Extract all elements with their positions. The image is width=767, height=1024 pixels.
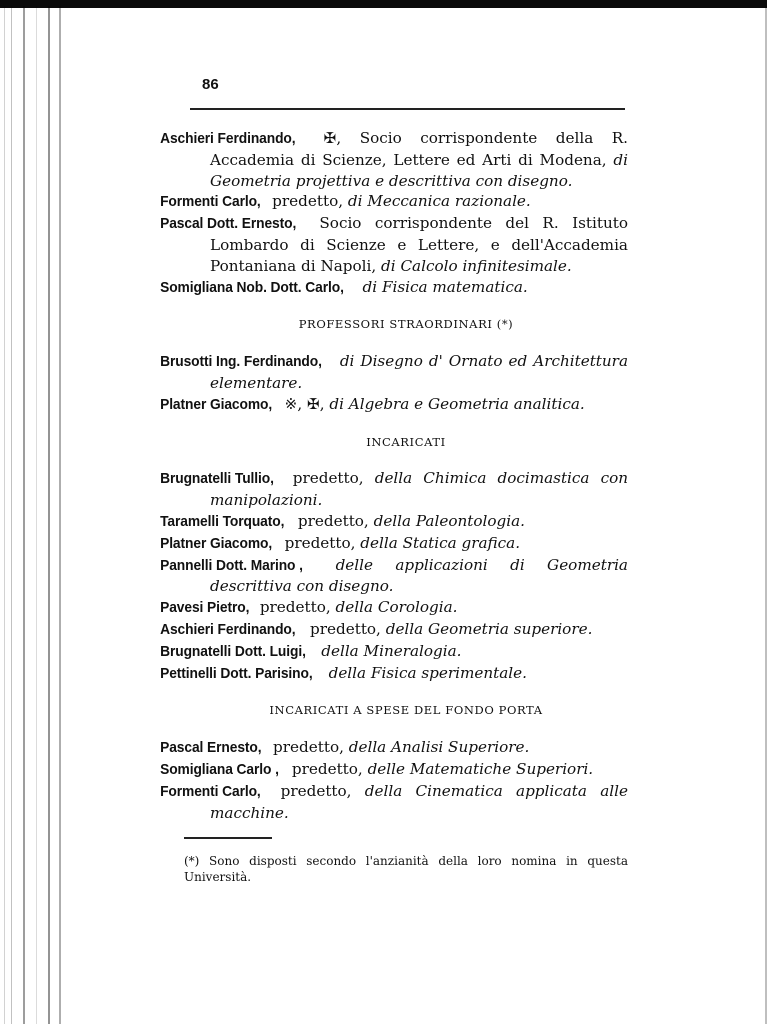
entry-subject: di Meccanica razionale. bbox=[348, 192, 531, 210]
person-name: Platner Giacomo, bbox=[184, 534, 272, 555]
entry-subject: della Geometria superiore. bbox=[386, 620, 593, 638]
footnote-rule bbox=[184, 837, 272, 839]
group-fondo-porta: INCARICATI A SPESE DEL FONDO PORTA Pasca… bbox=[184, 700, 628, 823]
group-incaricati: INCARICATI Brugnatelli Tullio, predetto,… bbox=[184, 432, 628, 685]
entry-text: predetto, bbox=[267, 192, 348, 210]
person-name: Brusotti Ing. Ferdinando, bbox=[184, 352, 322, 373]
entry: Somigliana Nob. Dott. Carlo, di Fisica m… bbox=[184, 277, 628, 299]
person-name: Pavesi Pietro, bbox=[184, 598, 249, 619]
person-name: Brugnatelli Tullio, bbox=[184, 469, 274, 490]
entry: Formenti Carlo, predetto, di Meccanica r… bbox=[184, 191, 628, 213]
person-name: Pascal Dott. Ernesto, bbox=[184, 214, 296, 235]
scan-top-border bbox=[0, 0, 767, 8]
entry-subject: della Mineralogia. bbox=[321, 642, 461, 660]
section-heading: INCARICATI A SPESE DEL FONDO PORTA bbox=[184, 700, 628, 721]
person-name: Taramelli Torquato, bbox=[184, 512, 284, 533]
person-name: Platner Giacomo, bbox=[184, 395, 272, 416]
page-content: Aschieri Ferdinando, ✠, Socio corrispond… bbox=[184, 128, 628, 885]
group-straordinari: PROFESSORI STRAORDINARI (*) Brusotti Ing… bbox=[184, 314, 628, 415]
entry-text: ※, ✠, bbox=[280, 395, 330, 413]
person-name: Aschieri Ferdinando, bbox=[184, 129, 296, 150]
entry: Taramelli Torquato, predetto, della Pale… bbox=[184, 511, 628, 533]
entry-subject: della Fisica sperimentale. bbox=[329, 664, 527, 682]
entry-subject: della Statica grafica. bbox=[360, 534, 520, 552]
entry: Platner Giacomo, predetto, della Statica… bbox=[184, 533, 628, 555]
entry-subject: della Analisi Superiore. bbox=[349, 738, 530, 756]
entry-subject: delle Matematiche Superiori. bbox=[368, 760, 594, 778]
entry-text: predetto, bbox=[282, 469, 375, 487]
person-name: Aschieri Ferdinando, bbox=[184, 620, 296, 641]
person-name: Formenti Carlo, bbox=[184, 782, 261, 803]
entry-text: predetto, bbox=[255, 598, 336, 616]
entry-subject: della Paleontologia. bbox=[374, 512, 525, 530]
entry: Brugnatelli Dott. Luigi, della Mineralog… bbox=[184, 641, 628, 663]
entry: Platner Giacomo, ※, ✠, di Algebra e Geom… bbox=[184, 394, 628, 416]
entry-subject: di Fisica matematica. bbox=[363, 278, 528, 296]
person-name: Formenti Carlo, bbox=[184, 192, 261, 213]
entry-subject: di Algebra e Geometria analitica. bbox=[329, 395, 584, 413]
entry: Pavesi Pietro, predetto, della Corologia… bbox=[184, 597, 628, 619]
entry: Pascal Dott. Ernesto, Socio corrisponden… bbox=[184, 213, 628, 276]
section-heading: INCARICATI bbox=[184, 432, 628, 453]
scan-binding-gutter bbox=[0, 6, 68, 1024]
entry-subject: di Calcolo infinitesimale. bbox=[381, 257, 572, 275]
person-name: Somigliana Nob. Dott. Carlo, bbox=[184, 278, 344, 299]
page-number: 86 bbox=[202, 76, 219, 93]
person-name: Pannelli Dott. Marino , bbox=[184, 556, 303, 577]
group-ordinari: Aschieri Ferdinando, ✠, Socio corrispond… bbox=[184, 128, 628, 298]
person-name: Pascal Ernesto, bbox=[184, 738, 261, 759]
entry-text: predetto, bbox=[268, 738, 349, 756]
entry-text: predetto, bbox=[305, 620, 386, 638]
entry: Pettinelli Dott. Parisino, della Fisica … bbox=[184, 663, 628, 685]
person-name: Brugnatelli Dott. Luigi, bbox=[184, 642, 306, 663]
entry: Aschieri Ferdinando, ✠, Socio corrispond… bbox=[184, 128, 628, 191]
section-heading: PROFESSORI STRAORDINARI (*) bbox=[184, 314, 628, 335]
header-rule bbox=[190, 108, 625, 110]
entry-subject: della Corologia. bbox=[336, 598, 458, 616]
entry: Aschieri Ferdinando, predetto, della Geo… bbox=[184, 619, 628, 641]
person-name: Pettinelli Dott. Parisino, bbox=[184, 664, 313, 685]
person-name: Somigliana Carlo , bbox=[184, 760, 279, 781]
entry: Pascal Ernesto, predetto, della Analisi … bbox=[184, 737, 628, 759]
entry-text bbox=[313, 556, 335, 574]
entry-text: predetto, bbox=[280, 534, 361, 552]
entry-text: predetto, bbox=[287, 760, 368, 778]
entry: Formenti Carlo, predetto, della Cinemati… bbox=[184, 781, 628, 824]
entry: Brusotti Ing. Ferdinando, di Disegno d' … bbox=[184, 351, 628, 394]
entry: Brugnatelli Tullio, predetto, della Chim… bbox=[184, 468, 628, 511]
entry-text: predetto, bbox=[267, 782, 364, 800]
footnote: (*) Sono disposti secondo l'anzianità de… bbox=[184, 853, 628, 885]
entry-text: predetto, bbox=[293, 512, 374, 530]
entry: Somigliana Carlo , predetto, delle Matem… bbox=[184, 759, 628, 781]
entry: Pannelli Dott. Marino , delle applicazio… bbox=[184, 555, 628, 598]
